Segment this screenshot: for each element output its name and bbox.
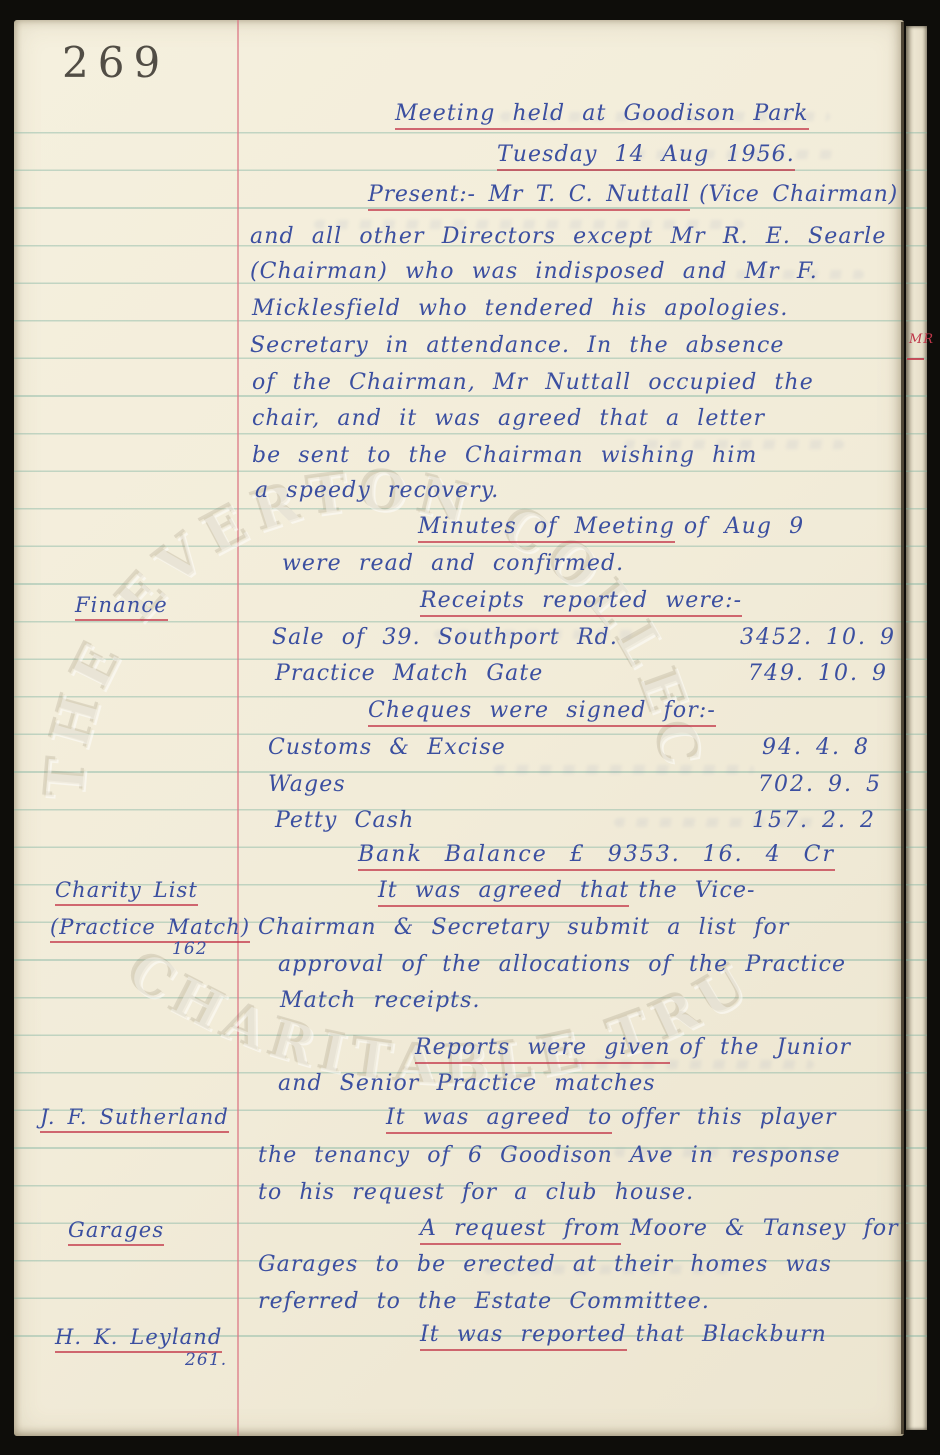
margin-ref-number: 162 (172, 940, 208, 960)
minute-line: were read and confirmed. (282, 551, 624, 576)
present-line: Present:- Mr T. C. Nuttall(Vice Chairman… (368, 182, 898, 207)
garages-line: A request fromMoore & Tansey for (420, 1216, 899, 1241)
minute-line: of the Chairman, Mr Nuttall occupied the (252, 370, 814, 395)
ruled-lines (906, 132, 927, 1362)
leyland-line: It was reportedthat Blackburn (420, 1322, 827, 1347)
receipt-amount: 3452. 10. 9 (740, 625, 896, 650)
cheque-amount: 702. 9. 5 (758, 772, 882, 797)
charity-line: It was agreed thatthe Vice- (378, 878, 756, 903)
charity-line: Match receipts. (280, 988, 481, 1013)
margin-note-leyland: H. K. Leyland (55, 1325, 222, 1349)
sutherland-line: It was agreed tooffer this player (386, 1105, 837, 1130)
charity-line: approval of the allocations of the Pract… (278, 952, 846, 977)
garages-line: referred to the Estate Committee. (258, 1289, 710, 1314)
charity-line: Chairman & Secretary submit a list for (258, 915, 790, 940)
bank-balance-line: Bank Balance £ 9353. 16. 4 Cr (358, 842, 835, 867)
margin-note-finance: Finance (75, 593, 168, 617)
minute-line: be sent to the Chairman wishing him (252, 443, 758, 468)
scanned-minute-book: THE EVERTON COLLECTION THE EVERTON COLLE… (0, 0, 940, 1455)
sutherland-line: to his request for a club house. (258, 1180, 694, 1205)
margin-note-practice-match: (Practice Match) (50, 915, 250, 939)
minutes-heading: Minutes of Meetingof Aug 9 (418, 514, 804, 539)
minute-line: chair, and it was agreed that a letter (252, 406, 765, 431)
page-number-stamp: 269 (62, 38, 169, 87)
cheque-item: Petty Cash (275, 808, 414, 833)
minute-book-page: THE EVERTON COLLECTION THE EVERTON COLLE… (14, 20, 904, 1436)
margin-note-garages: Garages (68, 1218, 164, 1242)
minute-line: a speedy recovery. (255, 478, 499, 503)
adjacent-red-text: MR (909, 332, 934, 347)
receipts-heading: Receipts reported were:- (420, 588, 742, 613)
reports-line: Reports were givenof the Junior (415, 1035, 851, 1060)
receipt-item: Sale of 39. Southport Rd. (272, 625, 618, 650)
ghost-ink-smudge (494, 765, 754, 774)
margin-note-charity-list: Charity List (55, 878, 198, 902)
minute-line: Secretary in attendance. In the absence (250, 333, 785, 358)
garages-line: Garages to be erected at their homes was (258, 1252, 832, 1277)
minute-line: (Chairman) who was indisposed and Mr F. (250, 259, 818, 284)
minute-line: Micklesfield who tendered his apologies. (252, 296, 789, 321)
cheque-amount: 157. 2. 2 (752, 808, 876, 833)
page-gutter-crease (901, 22, 904, 1434)
reports-line: and Senior Practice matches (278, 1071, 656, 1096)
minute-line: and all other Directors except Mr R. E. … (250, 224, 886, 249)
receipt-amount: 749. 10. 9 (748, 661, 888, 686)
margin-note-sutherland: J. F. Sutherland (40, 1105, 229, 1129)
sutherland-line: the tenancy of 6 Goodison Ave in respons… (258, 1143, 841, 1168)
adjacent-red-underline (907, 358, 924, 360)
red-margin-line (237, 20, 239, 1436)
adjacent-page-edge: MR (906, 26, 927, 1430)
cheque-item: Wages (268, 772, 346, 797)
meeting-title: Meeting held at Goodison Park (395, 101, 809, 126)
cheque-item: Customs & Excise (268, 735, 506, 760)
cheques-heading: Cheques were signed for:- (368, 698, 716, 723)
meeting-date: Tuesday 14 Aug 1956. (497, 142, 795, 167)
receipt-item: Practice Match Gate (275, 661, 543, 686)
margin-ref-number: 261. (185, 1351, 227, 1371)
cheque-amount: 94. 4. 8 (762, 735, 870, 760)
